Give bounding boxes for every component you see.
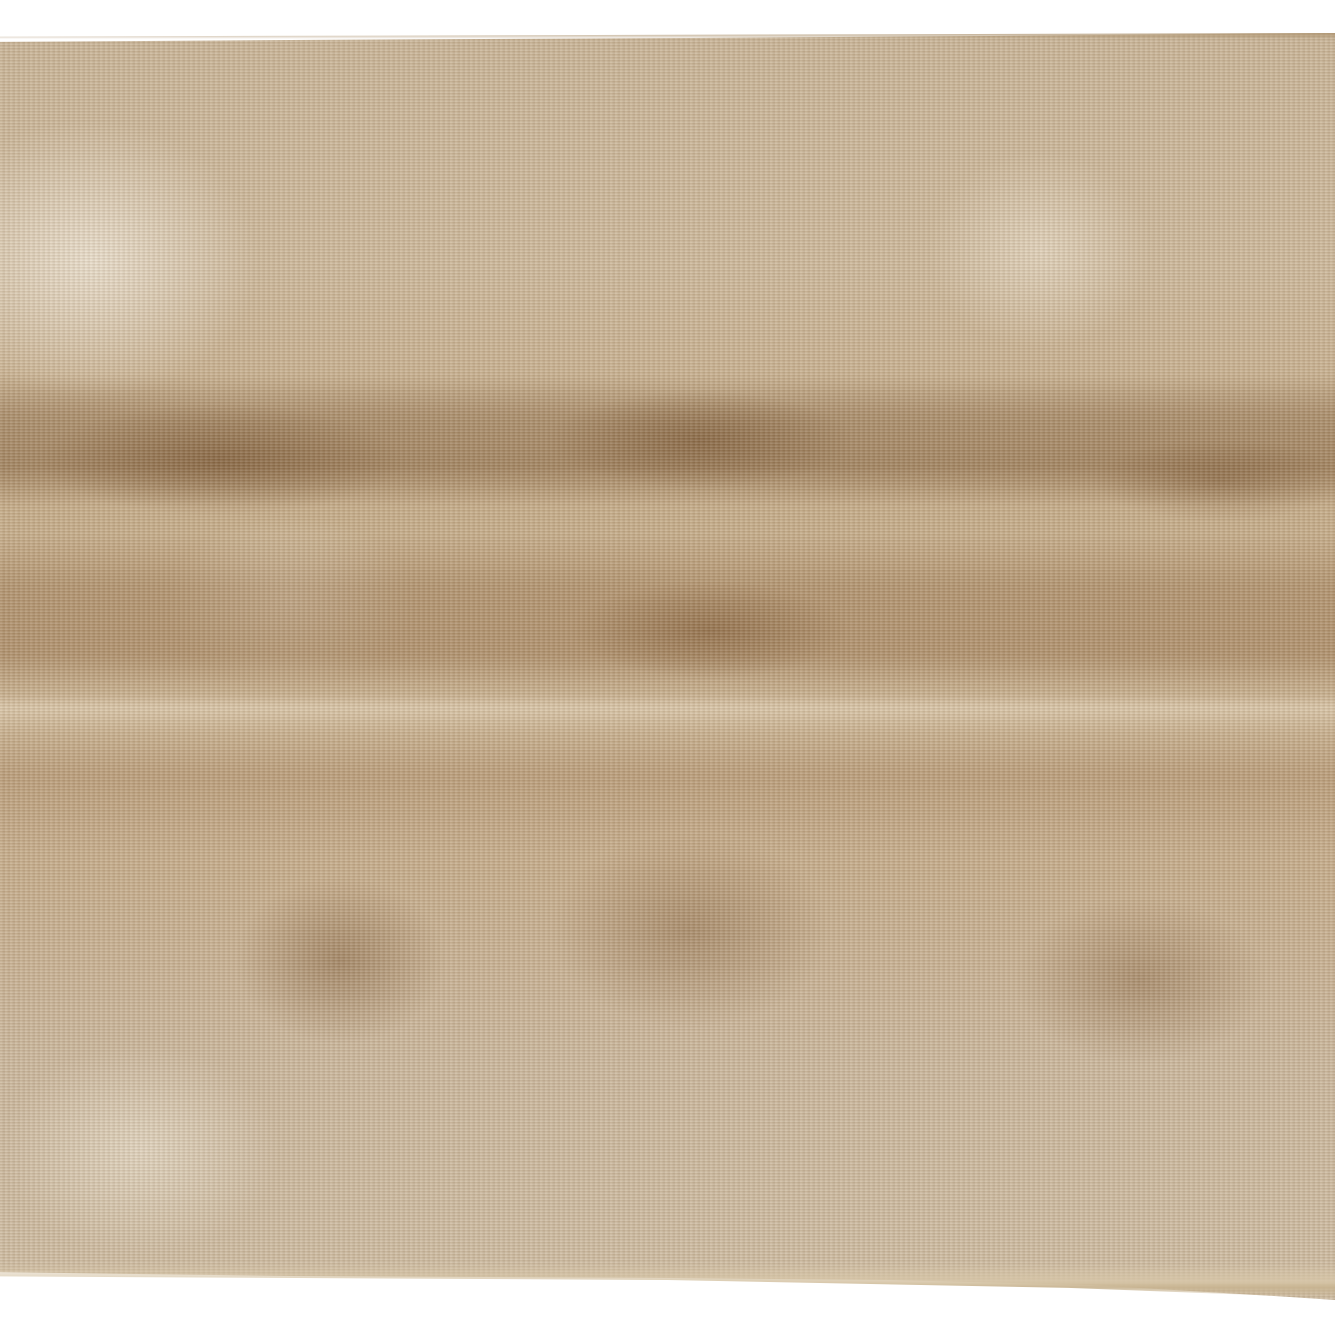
distressed-rug [0, 0, 1335, 1335]
rug-bottom-binding [0, 1262, 1335, 1298]
rug-top-edge [0, 33, 1335, 39]
photo-background [0, 0, 1335, 1335]
